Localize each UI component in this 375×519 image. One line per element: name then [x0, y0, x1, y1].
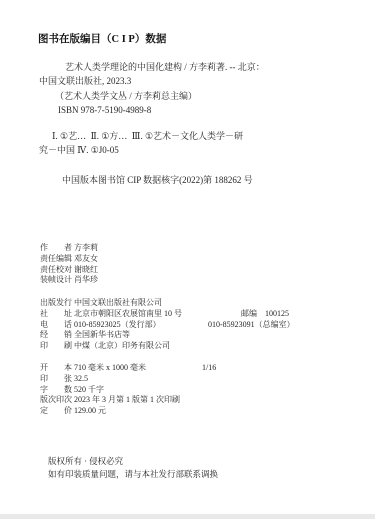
row-phone: 电话 010-85923025（发行部） 010-85923091（总编室）: [40, 320, 182, 331]
price-label: 定价: [40, 406, 72, 417]
classification-line-1: Ⅰ. ①艺… Ⅱ. ①方… Ⅲ. ①艺术－文化人类学－研: [39, 129, 243, 143]
word-count-value: 520 千字: [74, 385, 104, 396]
word-count-label: 字数: [40, 385, 72, 396]
sheets-value: 32.5: [74, 374, 88, 385]
row-printer: 印刷 中煤（北京）印务有限公司: [40, 341, 182, 352]
row-editor: 责任编辑 邓友女: [40, 254, 98, 265]
sheets-label: 印张: [40, 374, 72, 385]
phone-label: 电话: [40, 320, 72, 331]
row-price: 定价 129.00 元: [40, 406, 180, 417]
row-word-count: 字数 520 千字: [40, 385, 180, 396]
designer-label: 装帧设计: [40, 275, 72, 286]
description-line-isbn: ISBN 978-7-5190-4989-8: [39, 103, 265, 117]
price-value: 129.00 元: [74, 406, 106, 417]
distribution-value: 全国新华书店等: [74, 330, 130, 341]
row-address: 社址 北京市朝阳区农展馆南里 10 号 邮编 100125: [40, 309, 182, 320]
edition-value: 2023 年 3 月第 1 版第 1 次印刷: [74, 395, 180, 406]
footer-contact-line: 如有印装质量问题，请与本社发行部联系调换: [48, 468, 218, 481]
cip-record-number: 中国版本图书馆 CIP 数据核字(2022)第 188262 号: [62, 173, 253, 186]
publisher-value: 中国文联出版社有限公司: [74, 298, 162, 309]
row-author: 作者 方李莉: [40, 243, 98, 254]
row-publisher: 出版发行 中国文联出版社有限公司: [40, 298, 182, 309]
format-fraction: 1/16: [202, 363, 216, 374]
designer-value: 肖华珍: [74, 275, 98, 286]
proofreader-label: 责任校对: [40, 265, 72, 276]
row-distribution: 经销 全国新华书店等: [40, 330, 182, 341]
footer-copyright-line: 版权所有 · 侵权必究: [48, 455, 218, 468]
page: 图书在版编目（C I P）数据 艺术人类学理论的中国化建构 / 方李莉著. --…: [0, 0, 375, 519]
publisher-label: 出版发行: [40, 298, 72, 309]
format-value: 710 毫米 x 1000 毫米: [74, 363, 146, 374]
row-format: 开本 710 毫米 x 1000 毫米 1/16: [40, 363, 180, 374]
cip-description: 艺术人类学理论的中国化建构 / 方李莉著. -- 北京： 中国文联出版社, 20…: [39, 60, 265, 118]
distribution-label: 经销: [40, 330, 72, 341]
row-designer: 装帧设计 肖华珍: [40, 275, 98, 286]
address-value: 北京市朝阳区农展馆南里 10 号: [74, 309, 182, 320]
format-label: 开本: [40, 363, 72, 374]
edition-label: 版次印次: [40, 395, 72, 406]
description-line-title: 艺术人类学理论的中国化建构 / 方李莉著. -- 北京：: [39, 60, 265, 74]
classification-line-2: 究－中国 Ⅳ. ①J0-05: [39, 143, 243, 157]
cip-header-title: 图书在版编目（C I P）数据: [38, 31, 166, 46]
printer-value: 中煤（北京）印务有限公司: [74, 341, 170, 352]
specs-block: 开本 710 毫米 x 1000 毫米 1/16 印张 32.5 字数 520 …: [40, 363, 180, 417]
publisher-block: 出版发行 中国文联出版社有限公司 社址 北京市朝阳区农展馆南里 10 号 邮编 …: [40, 298, 182, 352]
editor-value: 邓友女: [74, 254, 98, 265]
bottom-strip: [0, 514, 375, 519]
row-edition: 版次印次 2023 年 3 月第 1 版第 1 次印刷: [40, 395, 180, 406]
phone-secondary: 010-85923091（总编室）: [208, 320, 295, 331]
footer-notice: 版权所有 · 侵权必究 如有印装质量问题，请与本社发行部联系调换: [48, 455, 218, 480]
row-sheets: 印张 32.5: [40, 374, 180, 385]
row-proofreader: 责任校对 谢晓红: [40, 265, 98, 276]
credits-block: 作者 方李莉 责任编辑 邓友女 责任校对 谢晓红 装帧设计 肖华珍: [40, 243, 98, 286]
author-value: 方李莉: [74, 243, 98, 254]
author-label: 作者: [40, 243, 72, 254]
postcode-text: 邮编 100125: [241, 309, 289, 320]
editor-label: 责任编辑: [40, 254, 72, 265]
cip-classification: Ⅰ. ①艺… Ⅱ. ①方… Ⅲ. ①艺术－文化人类学－研 究－中国 Ⅳ. ①J0…: [39, 129, 243, 157]
proofreader-value: 谢晓红: [74, 265, 98, 276]
description-line-publisher: 中国文联出版社, 2023.3: [39, 74, 265, 88]
address-label: 社址: [40, 309, 72, 320]
description-line-series: （艺术人类学文丛 / 方李莉总主编）: [39, 89, 265, 103]
phone-value: 010-85923025（发行部）: [74, 320, 161, 331]
printer-label: 印刷: [40, 341, 72, 352]
